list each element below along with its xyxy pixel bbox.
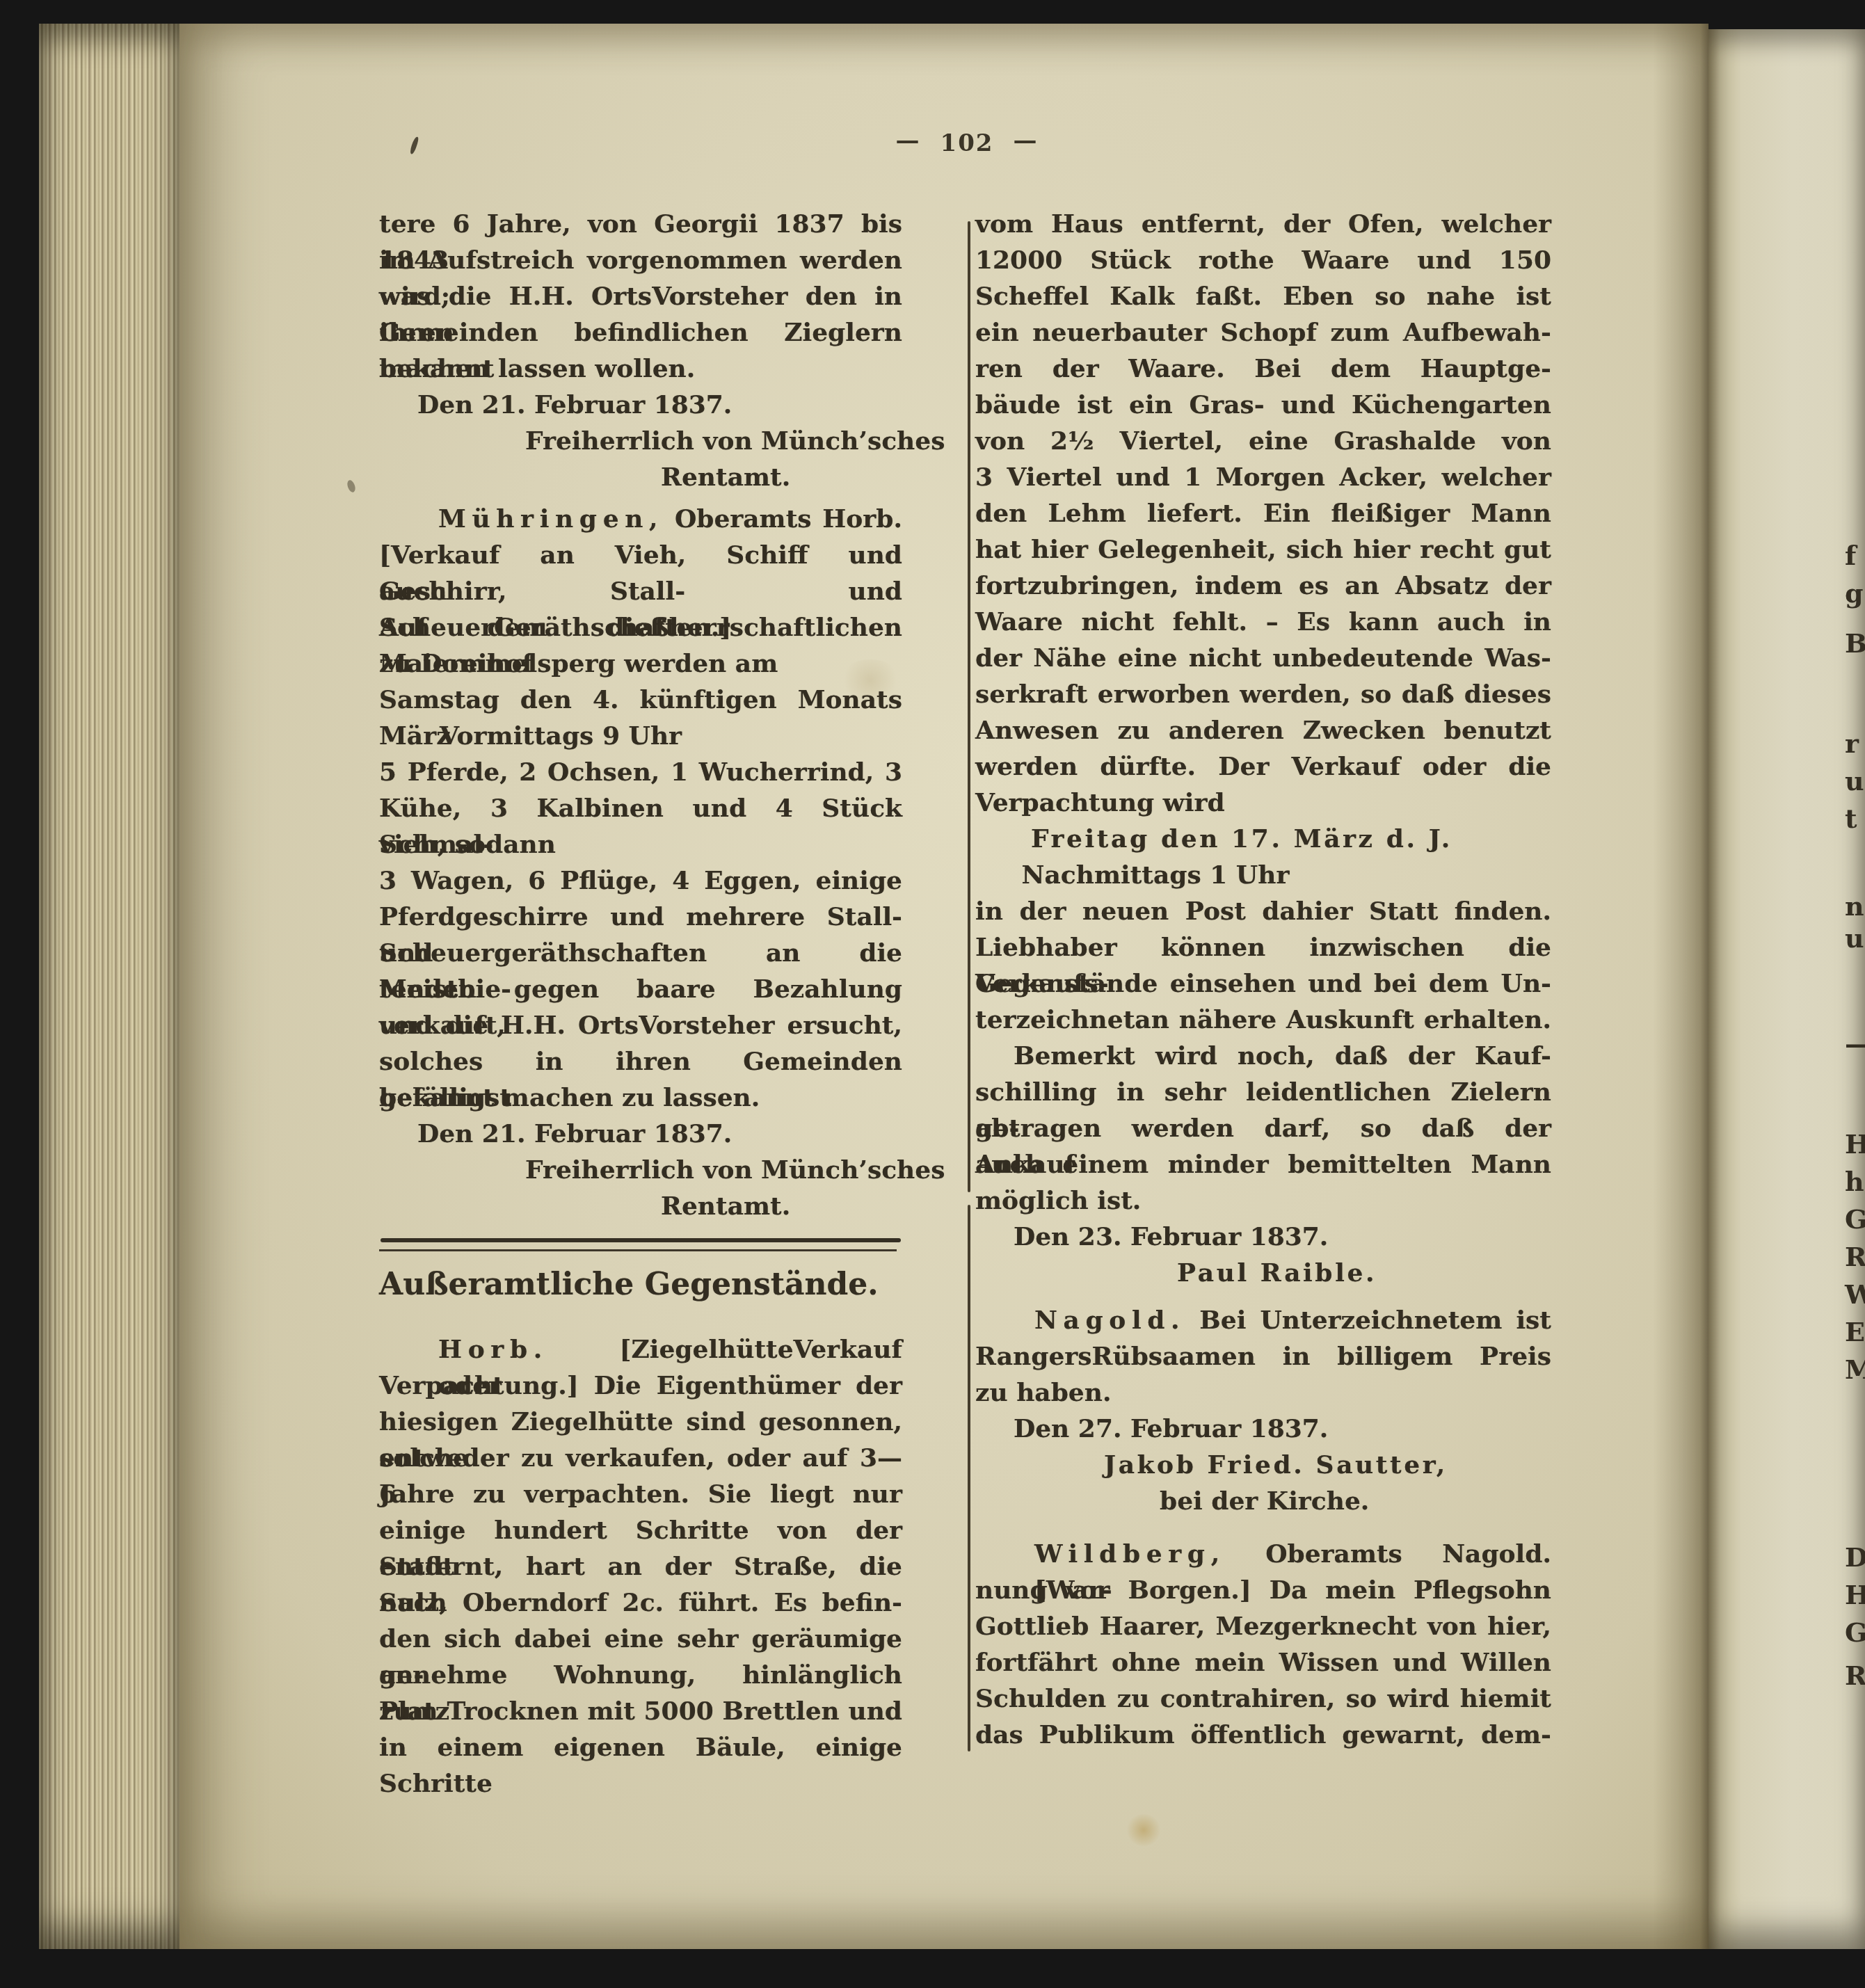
text-line: zu Dommelsperg werden am [379,646,902,682]
section-divider [379,1231,902,1260]
text-line: Paul Raible. [975,1255,1551,1291]
text-line: Nagold. Bei Unterzeichnetem ist [975,1302,1551,1338]
text-line: in der neuen Post dahier Statt finden. [975,893,1551,929]
section-heading: Außeramtliche Gegenstände. [379,1263,902,1306]
spaced-lead-word: Mühringen, [438,504,664,534]
text-line: schilling in sehr leidentlichen Zielern … [975,1074,1551,1110]
text-line: Freitag den 17. März d. J. [975,821,1551,857]
text-line: 3 Wagen, 6 Pflüge, 4 Eggen, einige [379,863,902,899]
facing-page-sliver [1708,29,1865,1949]
text-line: Den 21. Februar 1837. [379,1116,902,1152]
text-line: Rentamt. [379,459,902,495]
text-line: [Verkauf an Vieh, Schiff und Geschirr, [379,537,902,573]
text-line: entweder zu verkaufen, oder auf 3—6 [379,1440,902,1476]
text-line: möglich ist. [975,1183,1551,1219]
text-line: Wildberg, Oberamts Nagold. [War- [975,1536,1551,1572]
text-line: Gemeinden befindlichen Zieglern bekannt [379,314,902,351]
column-divider [968,1205,970,1751]
text-line: fortzubringen, indem es an Absatz der [975,568,1551,604]
text-line: Scheffel Kalk faßt. Eben so nahe ist [975,278,1551,314]
text-line: nung vor Borgen.] Da mein Pflegsohn [975,1572,1551,1608]
text-line: ein neuerbauter Schopf zum Aufbewah- [975,314,1551,351]
text-line: bekannt machen zu lassen. [379,1080,902,1116]
text-line: tere 6 Jahre, von Georgii 1837 bis 1843 [379,206,902,242]
text-line: Auf dem dießherrschaftlichen Maiereihof [379,609,902,646]
text-line: Den 23. Februar 1837. [975,1219,1551,1255]
text-line: Den 21. Februar 1837. [379,387,902,423]
text-line: was die H.H. OrtsVorsteher den in ihren [379,278,902,314]
spaced-lead-word: Nagold. [1034,1306,1185,1335]
text-line: von 2½ Viertel, eine Grashalde von [975,423,1551,459]
right-text-column: vom Haus entfernt, der Ofen, welcher1200… [975,206,1551,1753]
text-line: das Publikum öffentlich gewarnt, dem- [975,1717,1551,1753]
gutter-shadow [1653,24,1708,1949]
left-text-column: tere 6 Jahre, von Georgii 1837 bis 1843i… [379,206,902,1765]
text-line: RangersRübsaamen in billigem Preis [975,1338,1551,1374]
text-line: auch Stall- und ScheuerGeräthschaften.] [379,573,902,609]
page-number: 102 [940,129,994,157]
text-line: und die H.H. OrtsVorsteher ersucht, [379,1007,902,1043]
text-line: tenden gegen baare Bezahlung verkauft, [379,971,902,1007]
header-dash-left: — [896,127,921,154]
text-line: Vormittags 9 Uhr [379,718,902,754]
page-stack-edges [39,24,182,1949]
text-line: solches in ihren Gemeinden gefälligst [379,1043,902,1080]
text-line: den Lehm liefert. Ein fleißiger Mann [975,495,1551,531]
text-line: machen lassen wollen. [379,351,902,387]
scanner-background-top [0,0,1865,24]
text-line: entfernt, hart an der Straße, die nach [379,1548,902,1585]
text-line: Freiherrlich von Münch’sches [379,423,902,459]
scanned-book-spread: { "meta": { "document_type": "historical… [0,0,1865,1988]
text-line: vom Haus entfernt, der Ofen, welcher [975,206,1551,242]
text-line: Horb. [ZiegelhütteVerkauf oder [379,1331,902,1368]
text-line: ren der Waare. Bei dem Hauptge- [975,351,1551,387]
text-line: 5 Pferde, 2 Ochsen, 1 Wucherrind, 3 [379,754,902,790]
text-line: Jakob Fried. Sautter, [975,1447,1551,1483]
text-line: Kühe, 3 Kalbinen und 4 Stück Schmal- [379,790,902,826]
text-line: bei der Kirche. [975,1483,1551,1519]
text-line: Schulden zu contrahiren, so wird hiemit [975,1681,1551,1717]
header-dash-right: — [1013,127,1038,154]
spaced-lead-word: Wildberg, [1034,1539,1226,1569]
text-line: Bemerkt wird noch, daß der Kauf- [975,1038,1551,1074]
text-line: werden dürfte. Der Verkauf oder die [975,748,1551,785]
scanner-background-left [0,0,39,1988]
text-line: serkraft erworben werden, so daß dieses [975,676,1551,712]
text-line: Pferdgeschirre und mehrere Stall- und [379,899,902,935]
text-line: getragen werden darf, so daß der Ankauf [975,1110,1551,1146]
text-line: terzeichnetan nähere Auskunft erhalten. [975,1002,1551,1038]
text-line: der Nähe eine nicht unbedeutende Was- [975,640,1551,676]
text-line: Den 27. Februar 1837. [975,1411,1551,1447]
text-line: Scheuergeräthschaften an die Meistbie- [379,935,902,971]
text-line: 12000 Stück rothe Waare und 150 [975,242,1551,278]
text-line: 3 Viertel und 1 Morgen Acker, welcher [975,459,1551,495]
text-line: bäude ist ein Gras- und Küchengarten [975,387,1551,423]
text-line: genehme Wohnung, hinlänglich Platz [379,1657,902,1693]
text-line: Samstag den 4. künftigen Monats März [379,682,902,718]
text-line: auch einem minder bemittelten Mann [975,1146,1551,1183]
text-line: den sich dabei eine sehr geräumige an- [379,1621,902,1657]
text-line: in einem eigenen Bäule, einige Schritte [379,1729,902,1765]
spaced-lead-word: Horb. [438,1335,548,1364]
text-line: Rentamt. [379,1188,902,1224]
text-line: Anwesen zu anderen Zwecken benutzt [975,712,1551,748]
text-line: Sulz, Oberndorf 2c. führt. Es befin- [379,1585,902,1621]
column-divider [968,221,970,1192]
text-line: Liebhaber können inzwischen die Verkaufs… [975,929,1551,965]
page-header: —102— [379,129,1555,157]
text-line: Jahre zu verpachten. Sie liegt nur [379,1476,902,1512]
text-line: hat hier Gelegenheit, sich hier recht gu… [975,531,1551,568]
text-line: Verpachtung.] Die Eigenthümer der [379,1368,902,1404]
text-line: Waare nicht fehlt. – Es kann auch in [975,604,1551,640]
text-line: hiesigen Ziegelhütte sind gesonnen, solc… [379,1404,902,1440]
scanner-background-bottom [0,1945,1865,1988]
text-line: zu haben. [975,1374,1551,1411]
text-line: vieh, sodann [379,826,902,863]
text-line: Mühringen, Oberamts Horb. [379,501,902,537]
text-line: fortfährt ohne mein Wissen und Willen [975,1644,1551,1681]
text-line: Freiherrlich von Münch’sches [379,1152,902,1188]
text-line: im Aufstreich vorgenommen werden wird; [379,242,902,278]
text-line: Gegenstände einsehen und bei dem Un- [975,965,1551,1002]
text-line: einige hundert Schritte von der Stadt [379,1512,902,1548]
text-line: Nachmittags 1 Uhr [975,857,1551,893]
text-line: zum Trocknen mit 5000 Brettlen und [379,1693,902,1729]
text-line: Gottlieb Haarer, Mezgerknecht von hier, [975,1608,1551,1644]
text-line: Verpachtung wird [975,785,1551,821]
